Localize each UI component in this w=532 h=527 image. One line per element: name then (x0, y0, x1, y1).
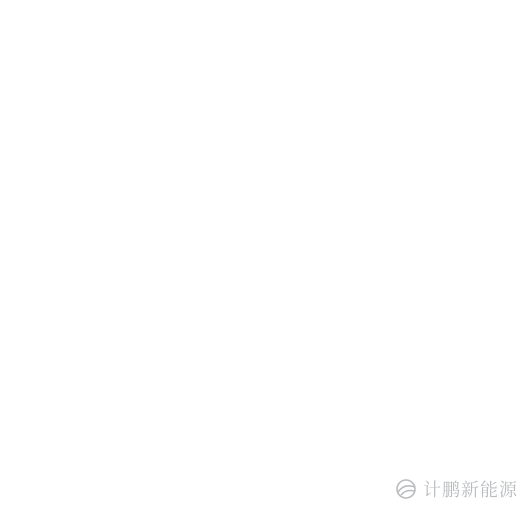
document-table (4, 4, 526, 520)
document-page: 计鹏新能源 (0, 0, 532, 527)
